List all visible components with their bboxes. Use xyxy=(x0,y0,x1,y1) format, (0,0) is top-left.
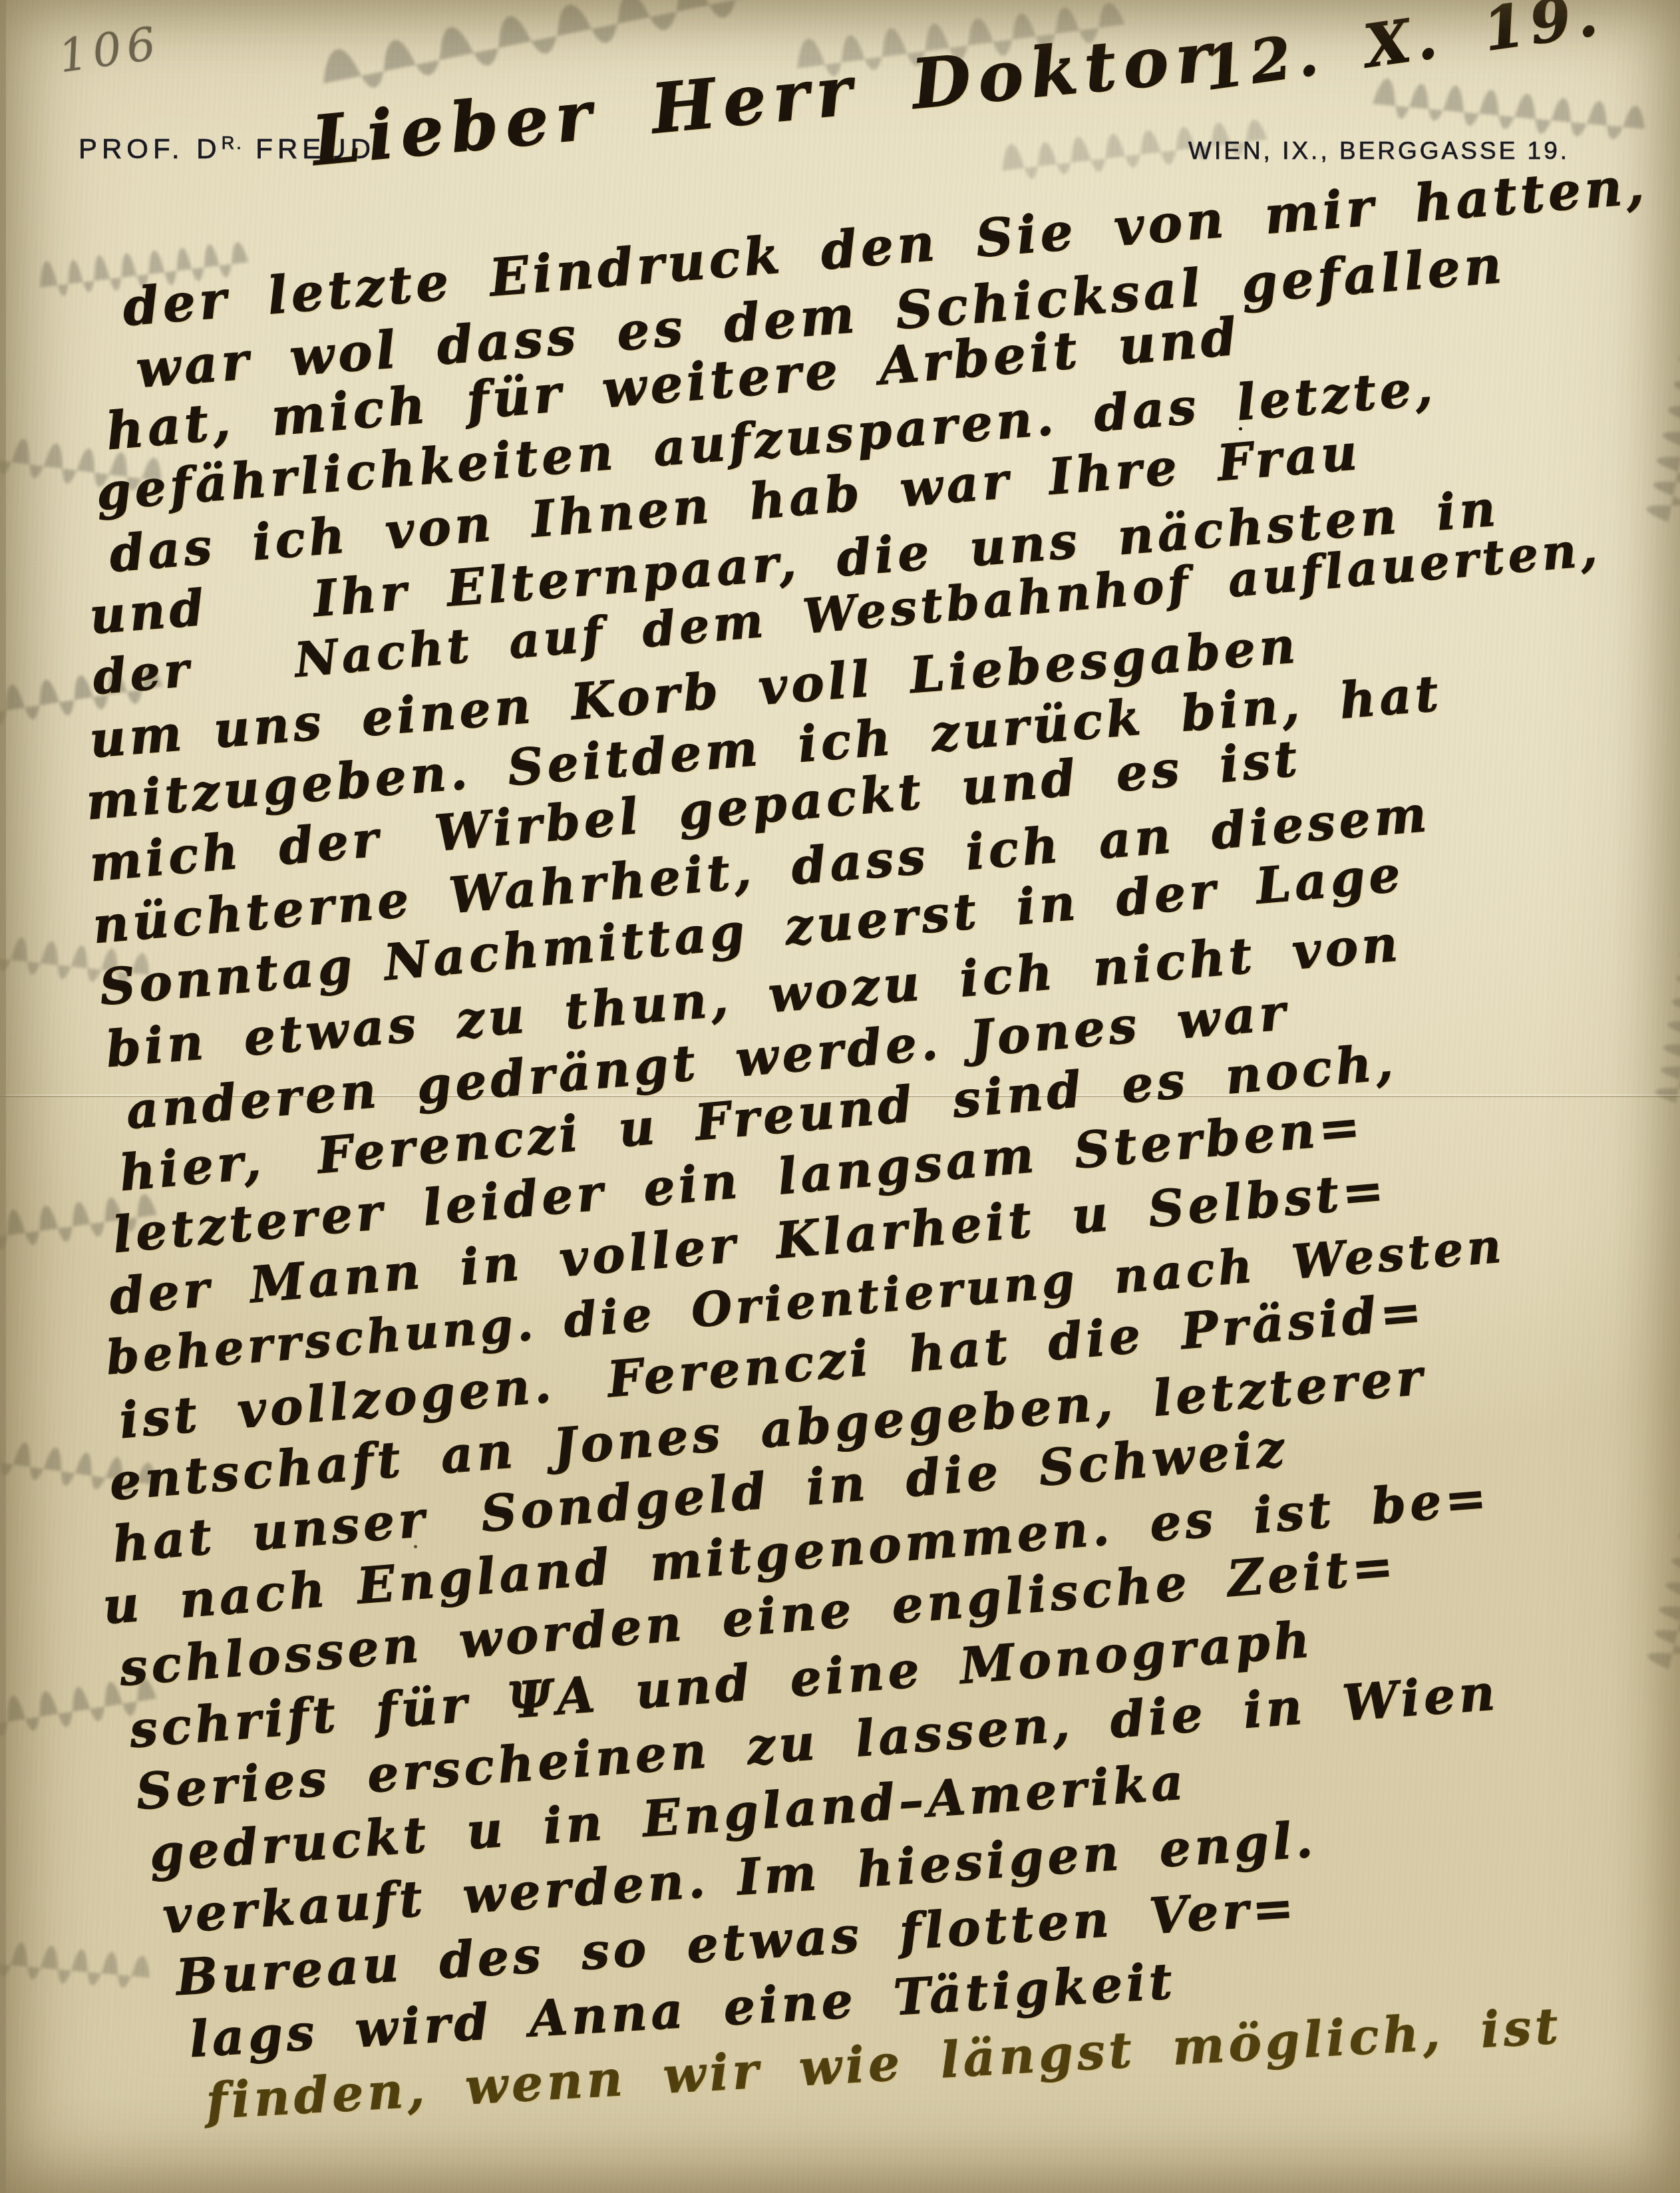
bleedthrough-mark xyxy=(1641,915,1680,1108)
letterhead-superscript-r: R. xyxy=(222,133,244,153)
letter-scan-page: 106 PROF. DR. FREUD WIEN, IX., BERGGASSE… xyxy=(0,0,1680,2193)
ink-speck xyxy=(414,1545,417,1548)
bleedthrough-mark xyxy=(0,1917,162,2001)
bleedthrough-mark xyxy=(1631,1468,1680,1676)
ink-speck xyxy=(1239,427,1242,430)
handwritten-date: 12. X. 19. xyxy=(1200,0,1607,98)
letterhead-address: WIEN, IX., BERGGASSE 19. xyxy=(1188,137,1570,165)
ink-speck xyxy=(622,773,626,777)
paper-edge xyxy=(0,0,6,2193)
pencil-archival-number: 106 xyxy=(55,17,164,84)
salutation: Lieber Herr Doktor xyxy=(309,23,1222,176)
bleedthrough-mark xyxy=(1631,314,1680,528)
